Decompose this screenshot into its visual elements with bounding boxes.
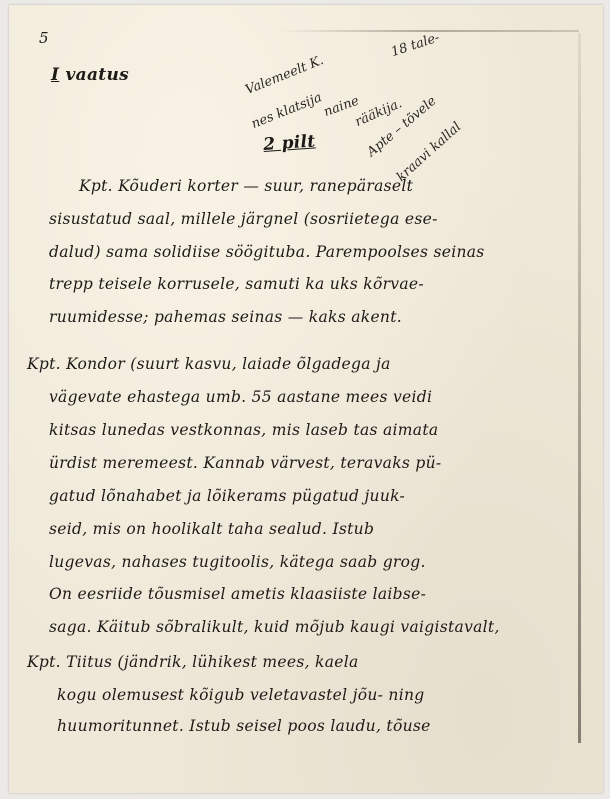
body-line: sisustatud saal, millele järgnel (sosrii… [49, 210, 438, 228]
scene-heading: 2 pilt [263, 131, 316, 155]
act-numeral: I [51, 65, 59, 85]
body-line: kogu olemusest kõigub veletavastel jõu- … [57, 686, 424, 704]
page-number: 5 [39, 29, 49, 47]
body-line: On eesriide tõusmisel ametis klaasiiste … [49, 585, 426, 603]
body-line: ruumidesse; pahemas seinas — kaks akent. [49, 308, 402, 326]
body-line: gatud lõnahabet ja lõikerams pügatud juu… [49, 487, 405, 505]
act-word: vaatus [65, 65, 129, 85]
manuscript-page: 5 I vaatus Valemeelt K. 18 tale- nes kla… [9, 5, 603, 793]
act-heading: I vaatus [51, 65, 129, 85]
body-line: seid, mis on hoolikalt taha sealud. Istu… [49, 520, 374, 538]
body-line: lugevas, nahases tugitoolis, kätega saab… [49, 553, 426, 571]
body-line: Kpt. Tiitus (jändrik, lühikest mees, kae… [27, 653, 359, 671]
body-line: Kpt. Kõuderi korter — suur, ranepäraselt [79, 177, 413, 195]
margin-note-2: 18 tale- [389, 30, 441, 60]
body-line: huumoritunnet. Istub seisel poos laudu, … [57, 717, 431, 735]
body-line: Kpt. Kondor (suurt kasvu, laiade õlgadeg… [27, 355, 391, 373]
body-line: dalud) sama solidiise söögituba. Parempo… [49, 243, 485, 261]
margin-note-3: nes klatsija [249, 90, 324, 132]
body-line: ürdist meremeest. Kannab värvest, terava… [49, 454, 441, 472]
body-line: kitsas lunedas vestkonnas, mis laseb tas… [49, 421, 438, 439]
body-line: saga. Käitub sõbralikult, kuid mõjub kau… [49, 618, 500, 636]
body-line: trepp teisele korrusele, samuti ka uks k… [49, 275, 424, 293]
paper-fold-right [578, 33, 581, 743]
body-line: vägevate ehastega umb. 55 aastane mees v… [49, 388, 432, 406]
